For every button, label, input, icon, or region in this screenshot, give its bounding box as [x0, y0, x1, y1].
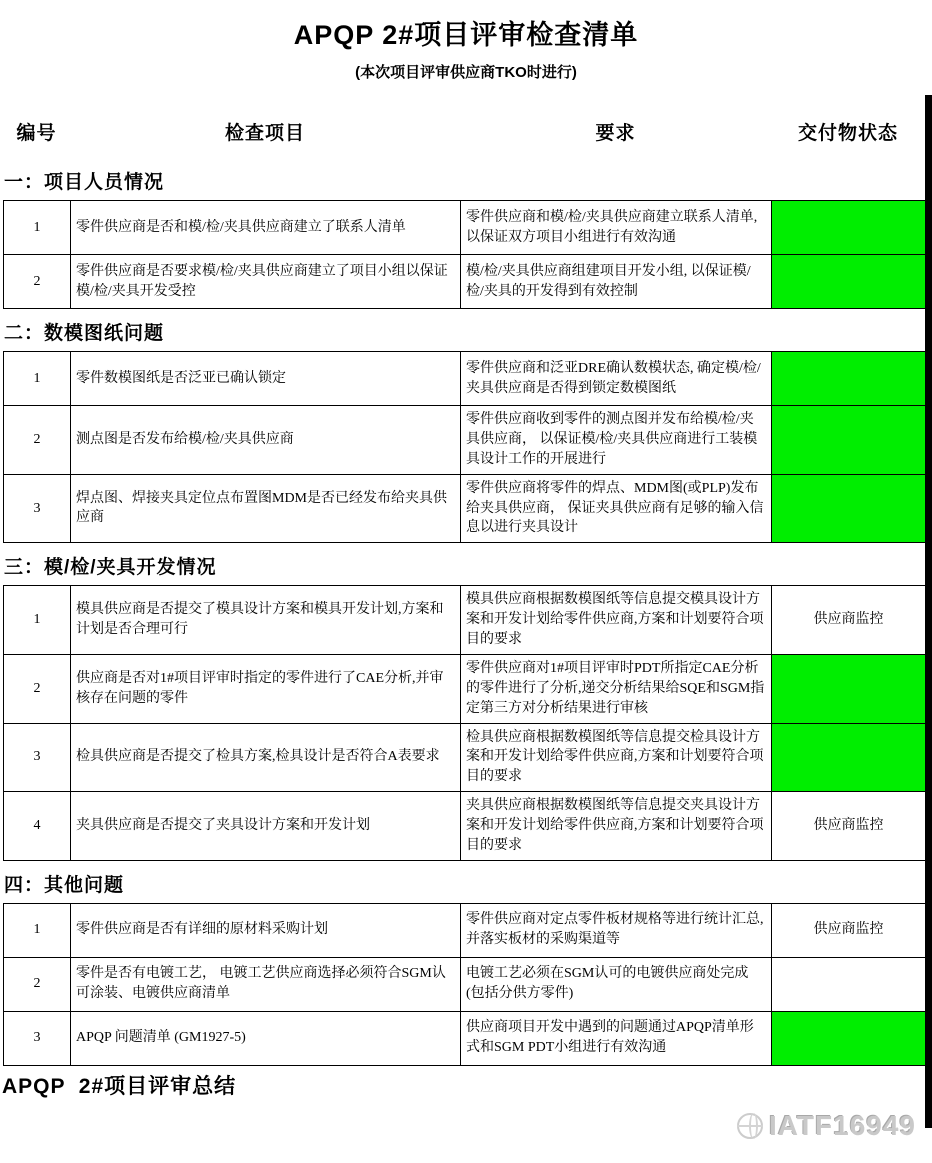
- check-item-cell: 零件供应商是否和模/检/夹具供应商建立了联系人清单: [71, 201, 461, 255]
- table-row: 1零件供应商是否和模/检/夹具供应商建立了联系人清单零件供应商和模/检/夹具供应…: [4, 201, 926, 255]
- status-cell: 供应商监控: [772, 586, 926, 655]
- row-number: 2: [4, 406, 71, 475]
- requirement-cell: 零件供应商将零件的焊点、MDM图(或PLP)发布给夹具供应商， 保证夹具供应商有…: [461, 474, 772, 543]
- table-row: 2供应商是否对1#项目评审时指定的零件进行了CAE分析,并审核存在问题的零件零件…: [4, 654, 926, 723]
- check-item-cell: 检具供应商是否提交了检具方案,检具设计是否符合A表要求: [71, 723, 461, 792]
- requirement-cell: 电镀工艺必须在SGM认可的电镀供应商处完成(包括分供方零件): [461, 957, 772, 1011]
- table-row: 3APQP 问题清单 (GM1927-5)供应商项目开发中遇到的问题通过APQP…: [4, 1011, 926, 1065]
- requirement-cell: 模/检/夹具供应商组建项目开发小组, 以保证模/检/夹具的开发得到有效控制: [461, 255, 772, 309]
- status-cell: [772, 654, 926, 723]
- status-cell: [772, 352, 926, 406]
- check-item-cell: 零件供应商是否要求模/检/夹具供应商建立了项目小组以保证模/检/夹具开发受控: [71, 255, 461, 309]
- row-number: 3: [4, 1011, 71, 1065]
- table-right-border: [925, 95, 932, 1128]
- section: 三：模/检/夹具开发情况1模具供应商是否提交了模具设计方案和模具开发计划,方案和…: [0, 552, 932, 861]
- check-item-cell: APQP 问题清单 (GM1927-5): [71, 1011, 461, 1065]
- column-header-check-item: 检查项目: [70, 118, 460, 145]
- row-number: 3: [4, 723, 71, 792]
- requirement-cell: 模具供应商根据数模图纸等信息提交模具设计方案和开发计划给零件供应商,方案和计划要…: [461, 586, 772, 655]
- table-row: 4夹具供应商是否提交了夹具设计方案和开发计划夹具供应商根据数模图纸等信息提交夹具…: [4, 792, 926, 861]
- status-cell: 供应商监控: [772, 792, 926, 861]
- row-number: 3: [4, 474, 71, 543]
- check-item-cell: 测点图是否发布给模/检/夹具供应商: [71, 406, 461, 475]
- checklist-table: 1模具供应商是否提交了模具设计方案和模具开发计划,方案和计划是否合理可行模具供应…: [3, 585, 926, 861]
- table-row: 1零件供应商是否有详细的原材料采购计划零件供应商对定点零件板材规格等进行统计汇总…: [4, 903, 926, 957]
- row-number: 1: [4, 201, 71, 255]
- row-number: 2: [4, 654, 71, 723]
- row-number: 1: [4, 586, 71, 655]
- check-item-cell: 模具供应商是否提交了模具设计方案和模具开发计划,方案和计划是否合理可行: [71, 586, 461, 655]
- column-header-requirement: 要求: [460, 118, 771, 145]
- status-cell: [772, 957, 926, 1011]
- watermark-text: IATF16949: [769, 1110, 916, 1142]
- table-row: 2零件是否有电镀工艺， 电镀工艺供应商选择必须符合SGM认可涂装、电镀供应商清单…: [4, 957, 926, 1011]
- page-footer: APQP 2#项目评审总结: [2, 1070, 932, 1100]
- section-title: 一：项目人员情况: [4, 167, 932, 194]
- check-item-cell: 零件是否有电镀工艺， 电镀工艺供应商选择必须符合SGM认可涂装、电镀供应商清单: [71, 957, 461, 1011]
- requirement-cell: 零件供应商收到零件的测点图并发布给模/检/夹具供应商， 以保证模/检/夹具供应商…: [461, 406, 772, 475]
- check-item-cell: 供应商是否对1#项目评审时指定的零件进行了CAE分析,并审核存在问题的零件: [71, 654, 461, 723]
- sections: 一：项目人员情况1零件供应商是否和模/检/夹具供应商建立了联系人清单零件供应商和…: [0, 167, 932, 1066]
- requirement-cell: 零件供应商和泛亚DRE确认数模状态, 确定模/检/夹具供应商是否得到锁定数模图纸: [461, 352, 772, 406]
- row-number: 1: [4, 903, 71, 957]
- row-number: 1: [4, 352, 71, 406]
- row-number: 2: [4, 255, 71, 309]
- table-row: 3焊点图、焊接夹具定位点布置图MDM是否已经发布给夹具供应商零件供应商将零件的焊…: [4, 474, 926, 543]
- section-title: 四：其他问题: [4, 870, 932, 897]
- watermark: IATF16949: [737, 1110, 916, 1142]
- row-number: 4: [4, 792, 71, 861]
- requirement-cell: 零件供应商对定点零件板材规格等进行统计汇总,并落实板材的采购渠道等: [461, 903, 772, 957]
- check-item-cell: 零件供应商是否有详细的原材料采购计划: [71, 903, 461, 957]
- column-header-deliverable-status: 交付物状态: [771, 118, 925, 145]
- check-item-cell: 零件数模图纸是否泛亚已确认锁定: [71, 352, 461, 406]
- status-cell: [772, 1011, 926, 1065]
- section: 四：其他问题1零件供应商是否有详细的原材料采购计划零件供应商对定点零件板材规格等…: [0, 870, 932, 1066]
- page: APQP 2#项目评审检查清单 (本次项目评审供应商TKO时进行) 编号 检查项…: [0, 0, 932, 1163]
- requirement-cell: 零件供应商对1#项目评审时PDT所指定CAE分析的零件进行了分析,递交分析结果给…: [461, 654, 772, 723]
- check-item-cell: 焊点图、焊接夹具定位点布置图MDM是否已经发布给夹具供应商: [71, 474, 461, 543]
- checklist-table: 1零件数模图纸是否泛亚已确认锁定零件供应商和泛亚DRE确认数模状态, 确定模/检…: [3, 351, 926, 543]
- requirement-cell: 供应商项目开发中遇到的问题通过APQP清单形式和SGM PDT小组进行有效沟通: [461, 1011, 772, 1065]
- check-item-cell: 夹具供应商是否提交了夹具设计方案和开发计划: [71, 792, 461, 861]
- status-cell: 供应商监控: [772, 903, 926, 957]
- section-title: 二：数模图纸问题: [4, 318, 932, 345]
- status-cell: [772, 406, 926, 475]
- section-title: 三：模/检/夹具开发情况: [4, 552, 932, 579]
- table-row: 1零件数模图纸是否泛亚已确认锁定零件供应商和泛亚DRE确认数模状态, 确定模/检…: [4, 352, 926, 406]
- requirement-cell: 零件供应商和模/检/夹具供应商建立联系人清单, 以保证双方项目小组进行有效沟通: [461, 201, 772, 255]
- checklist-table: 1零件供应商是否有详细的原材料采购计划零件供应商对定点零件板材规格等进行统计汇总…: [3, 903, 926, 1066]
- table-row: 2零件供应商是否要求模/检/夹具供应商建立了项目小组以保证模/检/夹具开发受控模…: [4, 255, 926, 309]
- table-row: 1模具供应商是否提交了模具设计方案和模具开发计划,方案和计划是否合理可行模具供应…: [4, 586, 926, 655]
- status-cell: [772, 201, 926, 255]
- status-cell: [772, 255, 926, 309]
- requirement-cell: 检具供应商根据数模图纸等信息提交检具设计方案和开发计划给零件供应商,方案和计划要…: [461, 723, 772, 792]
- page-subtitle: (本次项目评审供应商TKO时进行): [0, 61, 932, 82]
- section: 一：项目人员情况1零件供应商是否和模/检/夹具供应商建立了联系人清单零件供应商和…: [0, 167, 932, 309]
- section: 二：数模图纸问题1零件数模图纸是否泛亚已确认锁定零件供应商和泛亚DRE确认数模状…: [0, 318, 932, 543]
- status-cell: [772, 474, 926, 543]
- column-header-number: 编号: [3, 118, 70, 145]
- requirement-cell: 夹具供应商根据数模图纸等信息提交夹具设计方案和开发计划给零件供应商,方案和计划要…: [461, 792, 772, 861]
- page-title: APQP 2#项目评审检查清单: [0, 0, 932, 52]
- status-cell: [772, 723, 926, 792]
- checklist-table: 1零件供应商是否和模/检/夹具供应商建立了联系人清单零件供应商和模/检/夹具供应…: [3, 200, 926, 309]
- column-headers: 编号 检查项目 要求 交付物状态: [3, 104, 932, 158]
- row-number: 2: [4, 957, 71, 1011]
- table-row: 3检具供应商是否提交了检具方案,检具设计是否符合A表要求检具供应商根据数模图纸等…: [4, 723, 926, 792]
- globe-icon: [737, 1113, 763, 1139]
- table-row: 2测点图是否发布给模/检/夹具供应商零件供应商收到零件的测点图并发布给模/检/夹…: [4, 406, 926, 475]
